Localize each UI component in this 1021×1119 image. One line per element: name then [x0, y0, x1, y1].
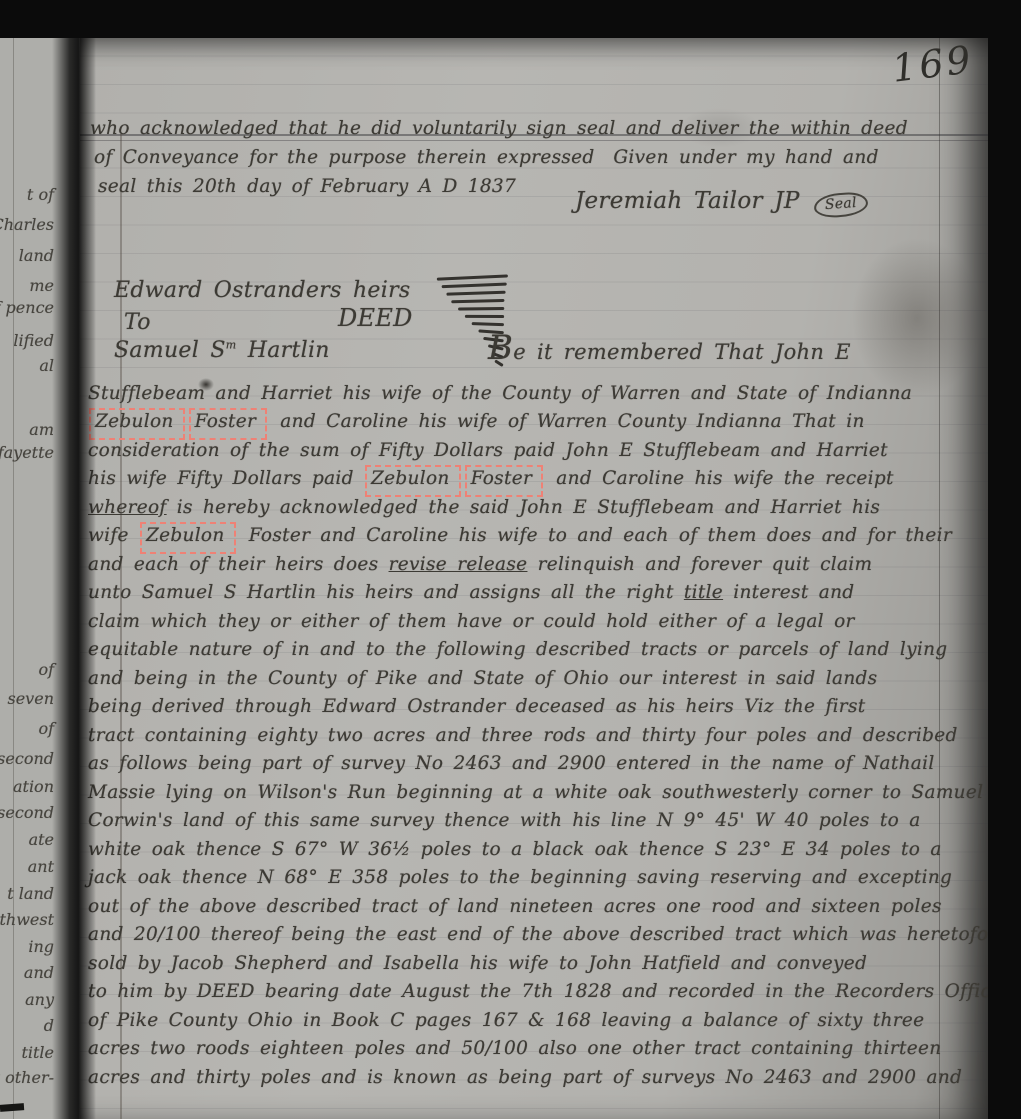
text-segment: revise release	[389, 554, 528, 575]
scanner-border-top	[0, 0, 1021, 38]
text-segment: claim which they or either of them have …	[88, 611, 855, 632]
handwriting-line: as follows being part of survey No 2463 …	[88, 753, 935, 774]
handwriting-line: claim which they or either of them have …	[88, 611, 855, 632]
margin-fragment: me	[29, 276, 54, 295]
text-segment: acres two roods eighteen poles and 50/10…	[88, 1038, 941, 1059]
handwriting-line: wife Zebulon Foster and Caroline his wif…	[88, 525, 952, 546]
margin-fragment: lified	[13, 331, 54, 350]
text-segment: who acknowledged that he did voluntarily…	[90, 118, 908, 139]
highlight-box: Zebulon	[365, 465, 461, 497]
handwriting-line: unto Samuel S Hartlin his heirs and assi…	[88, 582, 854, 603]
text-segment: tract containing eighty two acres and th…	[88, 725, 958, 746]
margin-fragment: t of	[27, 185, 54, 204]
margin-fragment: am	[29, 420, 54, 439]
margin-fragment: title	[21, 1043, 54, 1062]
text-segment: Samuel S	[114, 338, 226, 363]
highlight-box: Zebulon	[140, 522, 236, 554]
margin-fragment: seven	[8, 689, 55, 708]
text-segment: is hereby acknowledged the said John E S…	[167, 497, 881, 518]
handwriting-line: consideration of the sum of Fifty Dollar…	[88, 440, 888, 461]
text-segment: e it remembered That John E	[513, 340, 851, 364]
text-segment: Corwin's land of this same survey thence…	[88, 810, 921, 831]
highlight-box: Zebulon	[89, 408, 185, 440]
handwriting-line: ZebulonFoster and Caroline his wife of W…	[88, 411, 865, 432]
highlight-box: Foster	[465, 465, 543, 497]
handwriting-line: of Conveyance for the purpose therein ex…	[94, 147, 879, 168]
handwriting-line: out of the above described tract of land…	[88, 896, 942, 917]
text-segment: m	[226, 339, 237, 352]
page-edge-crease	[939, 38, 940, 1119]
text-segment: Hartlin	[236, 338, 329, 363]
margin-fragment: thwest	[0, 910, 54, 929]
text-segment: B	[488, 328, 513, 368]
handwriting-line: sold by Jacob Shepherd and Isabella his …	[88, 953, 867, 974]
handwriting-line: Stufflebeam and Harriet his wife of the …	[88, 383, 912, 404]
margin-fragment: ing	[28, 937, 54, 956]
text-segment: being derived through Edward Ostrander d…	[88, 696, 865, 717]
grantor-line: Edward Ostranders heirs	[114, 278, 411, 303]
handwriting-line: seal this 20th day of February A D 1837	[98, 176, 516, 197]
handwriting-line: and each of their heirs does revise rele…	[88, 554, 872, 575]
text-segment: consideration of the sum of Fifty Dollar…	[88, 440, 888, 461]
opening-line: Be it remembered That John E	[488, 340, 851, 364]
handwriting-line: and 20/100 thereof being the east end of…	[88, 924, 988, 945]
text-segment: as follows being part of survey No 2463 …	[88, 753, 935, 774]
handwriting-line: and being in the County of Pike and Stat…	[88, 668, 877, 689]
margin-fragment: second	[0, 749, 54, 768]
margin-fragment: f pence	[0, 298, 54, 317]
margin-fragment: ant	[28, 857, 54, 876]
text-segment: and each of their heirs does	[88, 554, 389, 575]
margin-fragment: and	[24, 963, 54, 982]
text-segment: unto Samuel S Hartlin his heirs and assi…	[88, 582, 684, 603]
handwriting-line: who acknowledged that he did voluntarily…	[90, 118, 908, 139]
text-segment: Foster and Caroline his wife to and each…	[239, 525, 952, 546]
margin-fragment: t other-	[0, 1068, 54, 1087]
text-segment: Jeremiah Tailor JP	[575, 188, 800, 214]
scanned-deed-page: t ofCharleslandmef pencelifiedalamfayett…	[0, 0, 1021, 1119]
text-segment: out of the above described tract of land…	[88, 896, 942, 917]
signature-line: Jeremiah Tailor JPSeal	[575, 188, 868, 217]
margin-fragment: ation	[13, 777, 54, 796]
handwriting-line: equitable nature of in and to the follow…	[88, 639, 947, 660]
handwriting-line: being derived through Edward Ostrander d…	[88, 696, 865, 717]
margin-fragment: any	[25, 990, 54, 1009]
text-segment: Stufflebeam and Harriet his wife of the …	[88, 383, 912, 404]
record-book-page: 169 who acknowledged that he did volunta…	[80, 38, 988, 1119]
text-segment: his wife Fifty Dollars paid	[88, 468, 364, 489]
book-gutter-shadow	[52, 0, 96, 1119]
handwriting-line: acres two roods eighteen poles and 50/10…	[88, 1038, 941, 1059]
handwriting-line: whereof is hereby acknowledged the said …	[88, 497, 880, 518]
margin-fragment: ate	[29, 830, 54, 849]
text-segment: DEED	[338, 304, 413, 332]
facing-page-rule-line	[13, 38, 14, 1119]
text-segment: white oak thence S 67° W 36½ poles to a …	[88, 839, 942, 860]
handwriting-line: jack oak thence N 68° E 358 poles to the…	[88, 867, 952, 888]
seal-scribble: Seal	[813, 191, 868, 219]
text-segment: whereof	[88, 497, 167, 518]
text-segment: acres and thirty poles and is known as b…	[88, 1067, 962, 1088]
ink-stain	[852, 238, 982, 398]
text-segment: and being in the County of Pike and Stat…	[88, 668, 877, 689]
to-line: To	[124, 310, 151, 335]
text-segment: of Conveyance for the purpose therein ex…	[94, 147, 879, 168]
text-segment: To	[124, 310, 151, 335]
text-segment: of Pike County Ohio in Book C pages 167 …	[88, 1010, 924, 1031]
margin-fragment: fayette	[0, 443, 54, 462]
grantee-line: Samuel Sm Hartlin	[114, 338, 330, 363]
text-segment: sold by Jacob Shepherd and Isabella his …	[88, 953, 867, 974]
handwriting-line: white oak thence S 67° W 36½ poles to a …	[88, 839, 942, 860]
text-segment: relinquish and forever quit claim	[527, 554, 872, 575]
text-segment: Edward Ostranders heirs	[114, 278, 411, 303]
handwriting-line: acres and thirty poles and is known as b…	[88, 1067, 962, 1088]
text-segment: interest and	[723, 582, 854, 603]
margin-fragment: Charles	[0, 215, 54, 234]
text-segment: and Caroline his wife the receipt	[546, 468, 894, 489]
handwriting-line: tract containing eighty two acres and th…	[88, 725, 958, 746]
handwriting-line: his wife Fifty Dollars paid ZebulonFoste…	[88, 468, 894, 489]
text-segment: equitable nature of in and to the follow…	[88, 639, 947, 660]
text-segment: to him by DEED bearing date August the 7…	[88, 981, 988, 1002]
handwriting-line: Corwin's land of this same survey thence…	[88, 810, 921, 831]
handwriting-line: to him by DEED bearing date August the 7…	[88, 981, 988, 1002]
deed-title: DEED	[338, 304, 413, 332]
text-segment: and Caroline his wife of Warren County I…	[270, 411, 865, 432]
text-segment: jack oak thence N 68° E 358 poles to the…	[88, 867, 952, 888]
handwriting-line: of Pike County Ohio in Book C pages 167 …	[88, 1010, 924, 1031]
handwriting-line: Massie lying on Wilson's Run beginning a…	[88, 782, 983, 803]
margin-fragment: land	[19, 246, 54, 265]
highlight-box: Foster	[189, 408, 267, 440]
text-segment: seal this 20th day of February A D 1837	[98, 176, 516, 197]
text-segment: title	[684, 582, 723, 603]
text-segment: and 20/100 thereof being the east end of…	[88, 924, 988, 945]
text-segment: Massie lying on Wilson's Run beginning a…	[88, 782, 983, 803]
top-rule-line-2	[80, 140, 988, 141]
margin-fragment: t land	[7, 884, 54, 903]
margin-fragment: second	[0, 803, 54, 822]
